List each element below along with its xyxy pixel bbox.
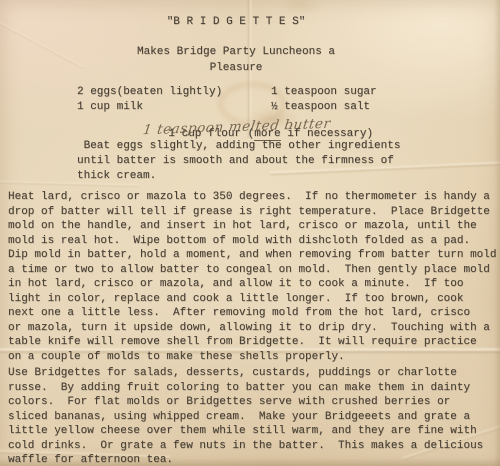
recipe-title: "B R I D G E T T E S" <box>0 15 472 30</box>
frying-instructions-paragraph: Heat lard, crisco or mazola to 350 degre… <box>8 190 496 364</box>
ingredient-list-left: 2 eggs(beaten lightly) 1 cup milk <box>77 85 222 115</box>
recipe-card: "B R I D G E T T E S" Makes Bridge Party… <box>0 0 500 466</box>
recipe-subtitle: Makes Bridge Party Luncheons a Pleasure <box>0 44 472 76</box>
mixing-instructions-paragraph: Beat eggs slightly, adding the other ing… <box>77 139 400 184</box>
serving-suggestions-paragraph: Use Bridgettes for salads, desserts, cus… <box>8 366 483 466</box>
ingredient-list-right: 1 teaspoon sugar ½ teaspoon salt <box>271 85 377 115</box>
